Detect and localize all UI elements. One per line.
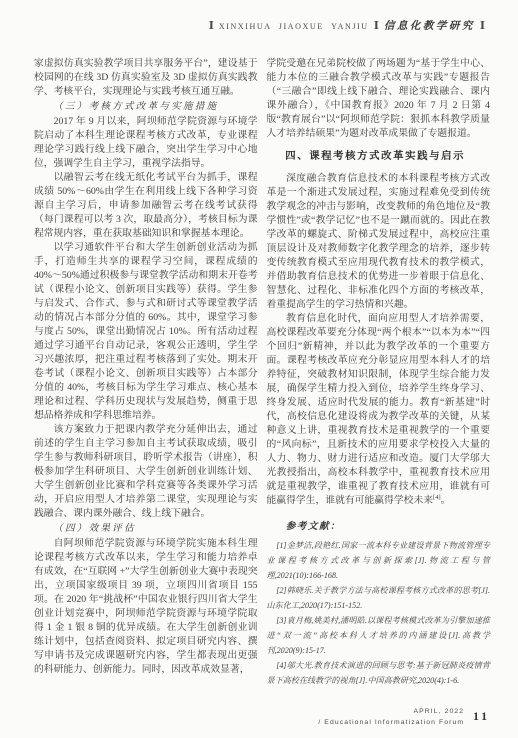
- footer-journal-en: / Educational Informatization Forum: [318, 717, 464, 728]
- paragraph: 2017 年 9 月以来，阿坝师范学院资源与环境学院启动了本科生理论课程考核方式…: [34, 115, 258, 171]
- section-heading: 四、课程考核方式改革实践与启示: [267, 150, 491, 164]
- footer-journal-info: APRIL, 2022 / Educational Informatizatio…: [318, 706, 464, 728]
- paragraph: 深度融合教育信息技术的本科课程考核方式改革是一个渐进式发展过程，实施过程难免受到…: [267, 172, 491, 312]
- paragraph-text: 。: [441, 495, 451, 506]
- page-number: 11: [473, 711, 490, 723]
- references-title: 参考文献：: [267, 520, 491, 534]
- footer-date: APRIL, 2022: [318, 706, 464, 717]
- paragraph-text: 教育信息化时代，面向应用型人才培养需要，高校课程改革要充分体现“两个根本”“以本…: [267, 313, 491, 506]
- header-section-title: 信息化教学研究: [384, 21, 475, 32]
- header-bar-icon: Ⅰ: [480, 20, 485, 32]
- left-column: 家虚拟仿真实验教学项目共享服务平台”，建设基于校园网的在线 3D 仿真实验室及 …: [34, 57, 258, 688]
- paragraph: 该方案致力于把课内教学充分延伸出去，通过前述的学生自主学习参加自主考试获取成绩，…: [34, 423, 258, 521]
- paragraph: 自阿坝师范学院资源与环境学院实施本科生理论课程考核方式改革以来，学生学习和能力培…: [34, 537, 258, 677]
- header-journal-pinyin: XINXIHUA JIAOXUE YANJIU: [219, 22, 369, 31]
- reference-item: [1]金梦洁,段艳红.国家一流本科专业建设背景下物流管理专业课程考核方式改革与创…: [267, 538, 491, 583]
- reference-item: [4]邬大光.教育技术演进的回顾与思考:基于新冠肺炎疫情背景下高校在线教学的视角…: [267, 658, 491, 688]
- paragraph: 以融智云考在线无纸化考试平台为抓手，课程成绩 50%～60%由学生在利用线上线下…: [34, 171, 258, 241]
- journal-page: ⅠXINXIHUA JIAOXUE YANJIUⅠ信息化教学研究Ⅰ 家虚拟仿真实…: [0, 0, 518, 738]
- page-footer: APRIL, 2022 / Educational Informatizatio…: [318, 706, 490, 728]
- reference-item: [3]袁月梅,姚美村,潘明皓.以课程考核模式改革为引擎加速推进“双一流”高校本科…: [267, 613, 491, 658]
- paragraph: 以学习通软件平台和大学生创新创业活动为抓手，打造师生共享的课程学习空间，课程成绩…: [34, 241, 258, 423]
- subsection-heading-4: （四）效果评估: [34, 522, 258, 536]
- right-column: 学院受邀在兄弟院校做了两场题为“基于学生中心、能力本位的三融合教学模式改革与实践…: [267, 57, 491, 688]
- header-bar-icon: Ⅰ: [374, 20, 379, 32]
- header-bar-icon: Ⅰ: [209, 20, 214, 32]
- paragraph-continuation: 学院受邀在兄弟院校做了两场题为“基于学生中心、能力本位的三融合教学模式改革与实践…: [267, 57, 491, 141]
- citation-marker: [4]: [433, 494, 441, 501]
- page-header: ⅠXINXIHUA JIAOXUE YANJIUⅠ信息化教学研究Ⅰ: [204, 16, 490, 34]
- reference-item: [2]韩晓乐.关于教学方法与高校课程考核方式改革的思考[J].山东化工,2020…: [267, 583, 491, 613]
- article-body: 家虚拟仿真实验教学项目共享服务平台”，建设基于校园网的在线 3D 仿真实验室及 …: [34, 57, 490, 688]
- subsection-heading-3: （三）考核方式改革与实施措施: [34, 100, 258, 114]
- paragraph-continuation: 家虚拟仿真实验教学项目共享服务平台”，建设基于校园网的在线 3D 仿真实验室及 …: [34, 57, 258, 99]
- paragraph: 教育信息化时代，面向应用型人才培养需要，高校课程改革要充分体现“两个根本”“以本…: [267, 312, 491, 508]
